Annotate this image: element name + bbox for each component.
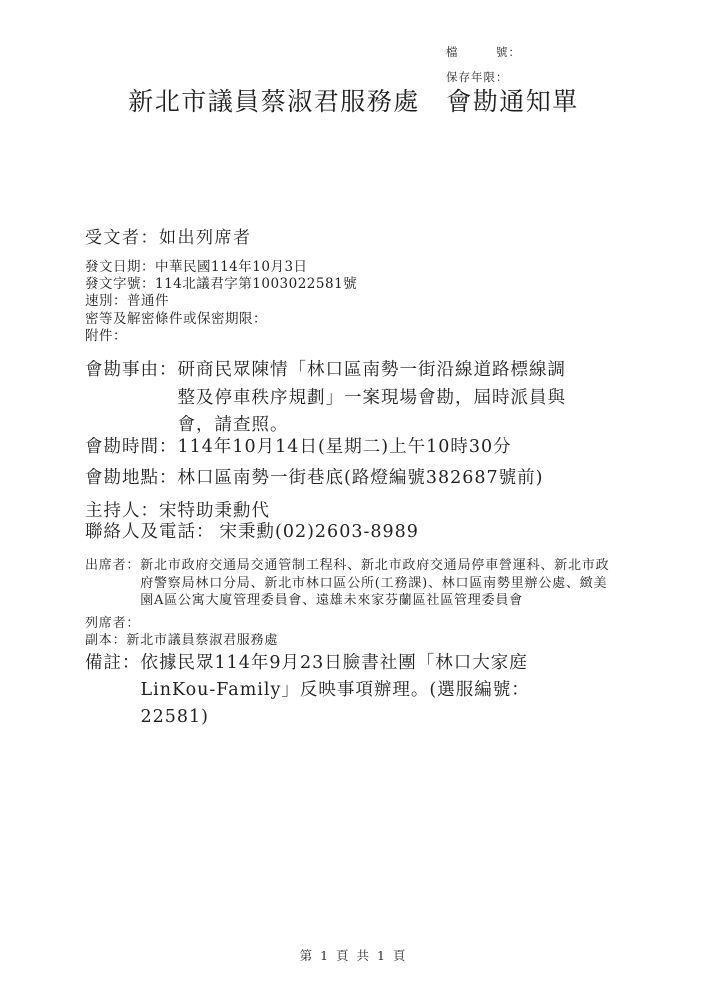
inspection-location-value: 林口區南勢一街巷底(路燈編號382687號前): [178, 468, 544, 488]
inspection-time-line: 會勘時間：114年10月14日(星期二)上午10時30分: [85, 433, 512, 458]
attendees-value: 新北市政府交通局交通管制工程科、新北市政府交通局停車營運科、新北市政府警察局林口…: [140, 557, 614, 610]
remarks-line: 備註： 依據民眾114年9月23日臉書社團「林口大家庭LinKou-Family…: [85, 650, 571, 731]
recipient-label: 受文者：: [85, 228, 159, 248]
contact-line: 聯絡人及電話：宋秉勳(02)2603-8989: [85, 518, 419, 543]
speed-value: 普通件: [127, 293, 169, 309]
file-number-label: 檔 號：: [446, 40, 521, 65]
inspection-location-label: 會勘地點：: [85, 468, 178, 488]
ref-number-value: 114北議君字第1003022581號: [155, 276, 357, 292]
security-label: 密等及解密條件或保密期限：: [85, 311, 267, 327]
attendees-label: 出席者：: [85, 557, 140, 575]
copy-to-label: 副本：: [85, 633, 126, 648]
copy-to-line: 副本：新北市議員蔡淑君服務處: [85, 629, 278, 648]
remarks-label: 備註：: [85, 650, 141, 677]
inspection-time-value: 114年10月14日(星期二)上午10時30分: [178, 437, 512, 457]
inspection-subject-line: 會勘事由： 研商民眾陳情「林口區南勢一街沿線道路標線調整及停車秩序規劃」一案現場…: [85, 357, 572, 440]
inspection-time-label: 會勘時間：: [85, 437, 178, 457]
ref-number-line: 發文字號：114北議君字第1003022581號: [85, 276, 357, 293]
page-footer: 第 1 頁 共 1 頁: [0, 946, 707, 964]
issue-date-value: 中華民國114年10月3日: [155, 259, 308, 275]
inspection-subject-label: 會勘事由：: [85, 357, 178, 385]
contact-label: 聯絡人及電話：: [85, 522, 215, 542]
recipient-value: 如出列席者: [159, 228, 252, 248]
attendees-line: 出席者： 新北市政府交通局交通管制工程科、新北市政府交通局停車營運科、新北市政府…: [85, 557, 614, 610]
document-page: 檔 號： 保存年限： 新北市議員蔡淑君服務處 會勘通知單 受文者：如出列席者 發…: [0, 0, 707, 1000]
speed-line: 速別：普通件: [85, 293, 357, 310]
document-title: 新北市議員蔡淑君服務處 會勘通知單: [0, 82, 707, 118]
issue-date-line: 發文日期：中華民國114年10月3日: [85, 259, 357, 276]
copy-to-value: 新北市議員蔡淑君服務處: [126, 633, 278, 648]
inspection-subject-value: 研商民眾陳情「林口區南勢一街沿線道路標線調整及停車秩序規劃」一案現場會勘，屆時派…: [178, 357, 572, 440]
inspection-location-line: 會勘地點：林口區南勢一街巷底(路燈編號382687號前): [85, 464, 543, 489]
issue-date-label: 發文日期：: [85, 259, 155, 275]
ref-number-label: 發文字號：: [85, 276, 155, 292]
speed-label: 速別：: [85, 293, 127, 309]
recipient-line: 受文者：如出列席者: [85, 223, 252, 248]
remarks-value: 依據民眾114年9月23日臉書社團「林口大家庭LinKou-Family」反映事…: [141, 650, 571, 731]
contact-value: 宋秉勳(02)2603-8989: [220, 522, 419, 542]
attachment-label: 附件：: [85, 328, 127, 344]
issuance-meta-block: 發文日期：中華民國114年10月3日 發文字號：114北議君字第10030225…: [85, 259, 357, 345]
attachment-line: 附件：: [85, 328, 357, 345]
security-line: 密等及解密條件或保密期限：: [85, 311, 357, 328]
